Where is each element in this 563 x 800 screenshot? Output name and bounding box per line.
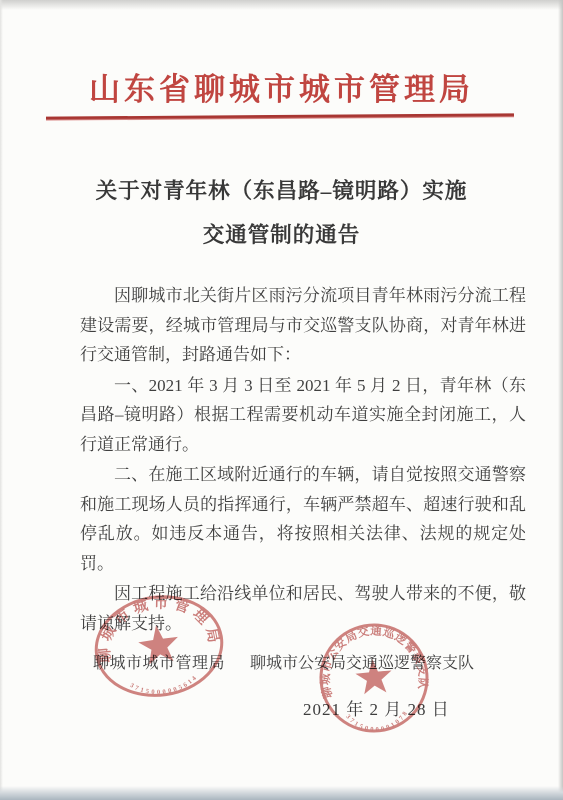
paper-edge-bottom xyxy=(0,786,563,800)
seal-right-serial: 3715000001078 xyxy=(344,708,412,736)
body-paragraph-item2: 二、在施工区域附近通行的车辆，请自觉按照交通警察和施工现场人员的指挥通行，车辆严… xyxy=(80,460,526,578)
body-paragraph-item1: 一、2021 年 3 月 3 日至 2021 年 5 月 2 日，青年林（东昌路… xyxy=(80,371,526,460)
body-paragraph-intro: 因聊城市北关街片区雨污分流项目青年林雨污分流工程建设需要，经城市管理局与市交巡警… xyxy=(80,281,526,370)
star-icon xyxy=(354,657,393,694)
svg-text:3715000001078: 3715000001078 xyxy=(344,708,412,736)
document-title-line1: 关于对青年林（东昌路–镜明路）实施 xyxy=(0,169,563,213)
paper-edge-top xyxy=(0,0,563,10)
notice-body: 因聊城市北关街片区雨污分流项目青年林雨污分流工程建设需要，经城市管理局与市交巡警… xyxy=(80,281,526,639)
star-icon xyxy=(136,622,181,665)
document-title-line2: 交通管制的通告 xyxy=(0,213,563,257)
document-photo: 山东省聊城市城市管理局 关于对青年林（东昌路–镜明路）实施 交通管制的通告 因聊… xyxy=(0,0,563,800)
official-seal-right-icon: 聊城市公安局交通巡逻警察支队 3715000001078 xyxy=(311,616,436,740)
document-title: 关于对青年林（东昌路–镜明路）实施 交通管制的通告 xyxy=(0,169,563,257)
issuing-org-header: 山东省聊城市城市管理局 xyxy=(0,64,563,109)
header-rule xyxy=(46,113,514,120)
paper-edge-right xyxy=(558,0,563,800)
paper-edge-left xyxy=(0,0,3,800)
official-seal-left-icon: 聊城市城市管理局 3715000005614 xyxy=(84,583,235,709)
